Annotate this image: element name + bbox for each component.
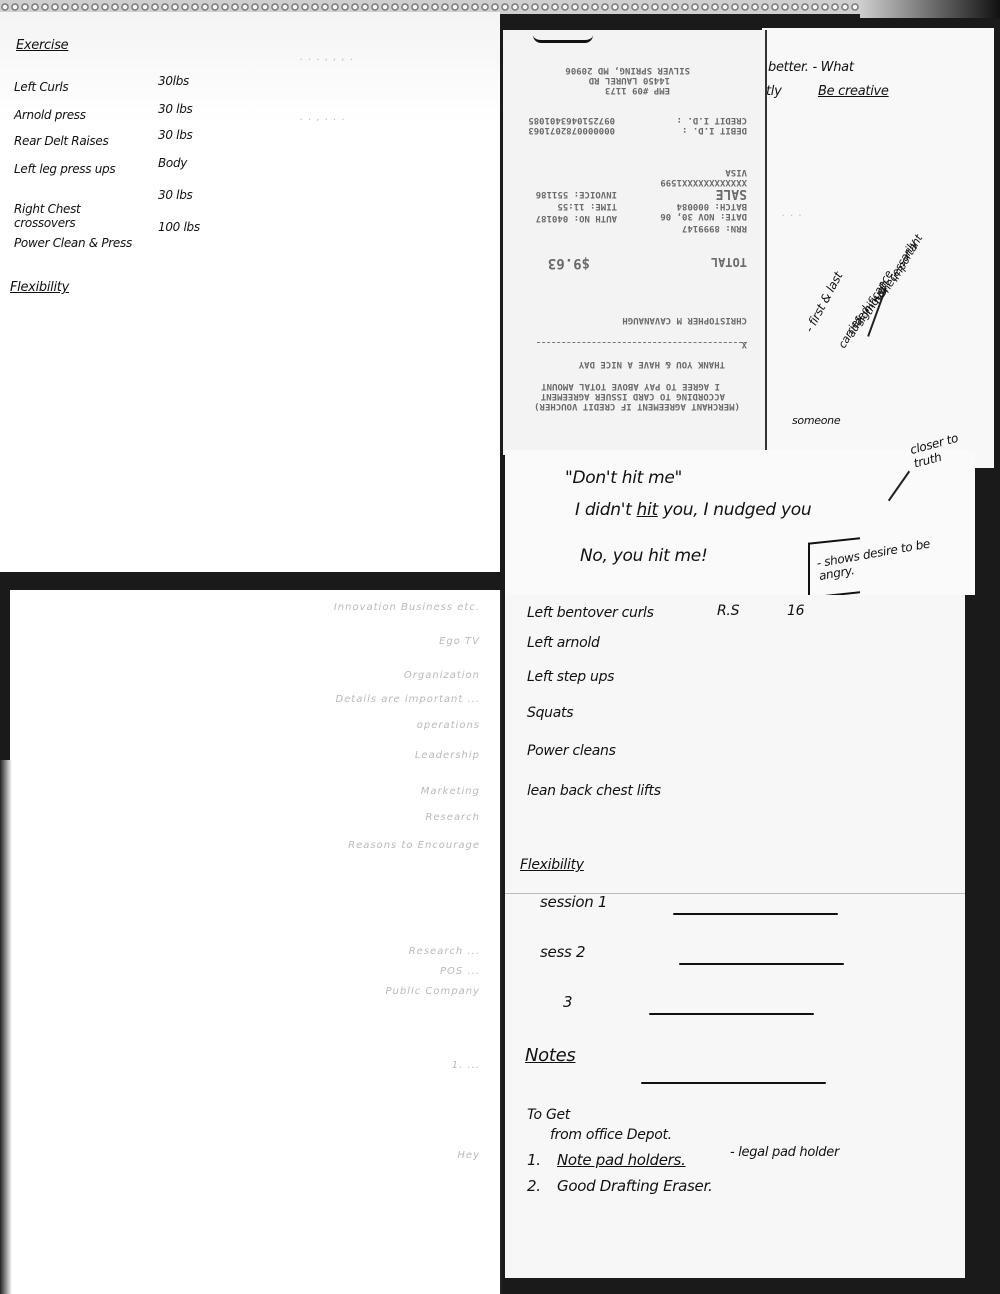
exercise-weight: 30 lbs	[158, 102, 193, 116]
word-someone: someone	[792, 414, 840, 427]
faint-bleed-text: Ego TV	[439, 636, 480, 647]
heading-exercise: Exercise	[16, 38, 68, 53]
todo-title: To Get	[527, 1107, 570, 1123]
receipt-invoice: INVOICE: 551186	[536, 189, 617, 199]
receipt-agreement: ACCORDING TO CARD ISSUER AGREEMENT	[541, 391, 725, 401]
note-be-creative: Be creative	[818, 84, 889, 99]
exercise-note: R.S	[717, 603, 739, 619]
exercise-item: Left arnold	[527, 633, 687, 653]
faint-bleed-text: POS ...	[440, 966, 480, 977]
dialogue-text: I didn't	[575, 500, 637, 520]
sheet-exercise-log: Exercise Left Curls30lbsArnold press30 l…	[0, 12, 500, 572]
faint-bleed-text: Organization	[404, 670, 480, 681]
receipt-body-upside-down: EMP #09 1173 14450 LAUREL RD SILVER SPRI…	[503, 30, 765, 455]
receipt-store-line: 14450 LAUREL RD	[589, 75, 670, 85]
exercise-weight: 30 lbs	[158, 188, 193, 202]
todo-item-text: Good Drafting Eraser.	[557, 1177, 712, 1195]
receipt-time: TIME: 11:55	[557, 201, 617, 211]
session-blank-line	[673, 913, 838, 915]
flexibility-session-label: sess 2	[540, 943, 585, 961]
faint-bleed-text: Hey	[457, 1150, 480, 1161]
receipt: EMP #09 1173 14450 LAUREL RD SILVER SPRI…	[503, 30, 767, 455]
notes-blank-line	[641, 1082, 826, 1084]
heading-flexibility-2: Flexibility	[520, 857, 584, 873]
dialogue-note: "Don't hit me" I didn't hit you, I nudge…	[505, 450, 975, 595]
receipt-credit-id: CREDIT I.D. :	[677, 115, 747, 125]
receipt-date: DATE: NOV 30, 06	[660, 211, 747, 221]
receipt-store-line: EMP #09 1173	[605, 85, 670, 95]
exercise-weight: Body	[158, 156, 187, 170]
flexibility-session-label: session 1	[540, 893, 607, 911]
faint-bleed-text: operations	[417, 720, 480, 731]
faint-bleed-text: . . .	[782, 208, 803, 219]
session-blank-line	[679, 963, 844, 965]
exercise-name: Right Chest crossovers	[14, 202, 139, 230]
sheet-workout-and-todo: Left bentover curlsR.S16Left arnoldLeft …	[505, 595, 965, 1278]
todo-number: 1.	[527, 1151, 541, 1169]
dialogue-line-3: No, you hit me!	[580, 546, 707, 566]
receipt-debit-id: DEBIT I.D. :	[682, 125, 747, 135]
sheet-faint-bleed-through: Innovation Business etc.Ego TVOrganizati…	[10, 590, 502, 1294]
receipt-cardholder: CHRISTOPHER M CAVANAUGH	[622, 315, 747, 325]
note-better: better. - What	[768, 60, 854, 75]
faint-bleed-text: . . . , , , .	[300, 52, 354, 63]
dialogue-text: you, I nudged you	[658, 500, 812, 520]
todo-subtitle: from office Depot.	[550, 1127, 672, 1143]
binder-shadow	[860, 0, 1000, 18]
todo-item-extra: - legal pad holder	[730, 1145, 839, 1160]
exercise-name: Power Clean & Press	[14, 236, 139, 250]
receipt-id: 0972510463401085	[528, 115, 615, 125]
heading-flexibility: Flexibility	[10, 280, 69, 295]
note-tly: tly	[766, 84, 782, 99]
receipt-batch: BATCH: 000084	[677, 201, 747, 211]
faint-bleed-text: Details are important ...	[335, 694, 480, 705]
exercise-item: Left bentover curls	[527, 603, 687, 623]
faint-bleed-text: Research ...	[409, 946, 480, 957]
exercise-item: Left step ups	[527, 667, 687, 687]
receipt-rrn: RRN: 8999147	[682, 223, 747, 233]
faint-bleed-text: . . , . . .	[300, 112, 346, 123]
sheet-notes-right: better. - What tly Be creative - first &…	[762, 28, 994, 468]
margin-first-last: - first & last	[802, 270, 845, 335]
session-blank-line	[649, 1013, 814, 1015]
receipt-card-type: VISA	[725, 167, 747, 177]
faint-bleed-text: Public Company	[385, 986, 480, 997]
faint-bleed-text: Research	[425, 812, 480, 823]
dialogue-line-2: I didn't hit you, I nudged you	[575, 500, 811, 520]
exercise-weight: 30 lbs	[158, 128, 193, 142]
receipt-thanks: THANK YOU & HAVE A NICE DAY	[579, 359, 725, 369]
receipt-total-value: $9.63	[548, 255, 590, 271]
receipt-id: 0000000782071063	[528, 125, 615, 135]
todo-item-text: Note pad holders.	[557, 1151, 686, 1169]
faint-bleed-text: Reasons to Encourage	[348, 840, 480, 851]
heading-notes: Notes	[525, 1045, 576, 1066]
dialogue-line-1: "Don't hit me"	[565, 468, 682, 488]
exercise-count: 16	[787, 603, 804, 619]
faint-bleed-text: Innovation Business etc.	[334, 602, 480, 613]
exercise-name: Left Curls	[14, 80, 139, 94]
closer-pointer-line	[888, 471, 910, 502]
faint-bleed-text: 1. ...	[452, 1060, 480, 1071]
exercise-weight: 100 lbs	[158, 220, 200, 234]
exercise-name: Left leg press ups	[14, 162, 139, 176]
exercise-item: lean back chest lifts	[527, 781, 687, 801]
faint-bleed-text: Marketing	[421, 786, 480, 797]
receipt-auth: AUTH NO: 040187	[536, 213, 617, 223]
receipt-total-label: TOTAL	[711, 255, 747, 269]
exercise-item: Power cleans	[527, 741, 687, 761]
todo-number: 2.	[527, 1177, 541, 1195]
receipt-store-line: SILVER SPRING, MD 20906	[565, 65, 690, 75]
exercise-weight: 30lbs	[158, 74, 189, 88]
exercise-item: Squats	[527, 703, 687, 723]
exercise-name: Rear Delt Raises	[14, 134, 139, 148]
left-shadow	[0, 760, 12, 1294]
receipt-transaction: SALE	[716, 186, 747, 201]
faint-bleed-text: Leadership	[415, 750, 480, 761]
receipt-signature-mark: X	[742, 339, 747, 349]
dialogue-hit-underlined: hit	[637, 500, 658, 520]
receipt-agreement: (MERCHANT AGREEMENT IF CREDIT VOUCHER)	[534, 401, 740, 411]
flexibility-session-label: 3	[563, 993, 572, 1011]
receipt-agreement: I AGREE TO PAY ABOVE TOTAL AMOUNT	[541, 381, 720, 391]
receipt-signature-line	[537, 342, 747, 343]
exercise-name: Arnold press	[14, 108, 139, 122]
